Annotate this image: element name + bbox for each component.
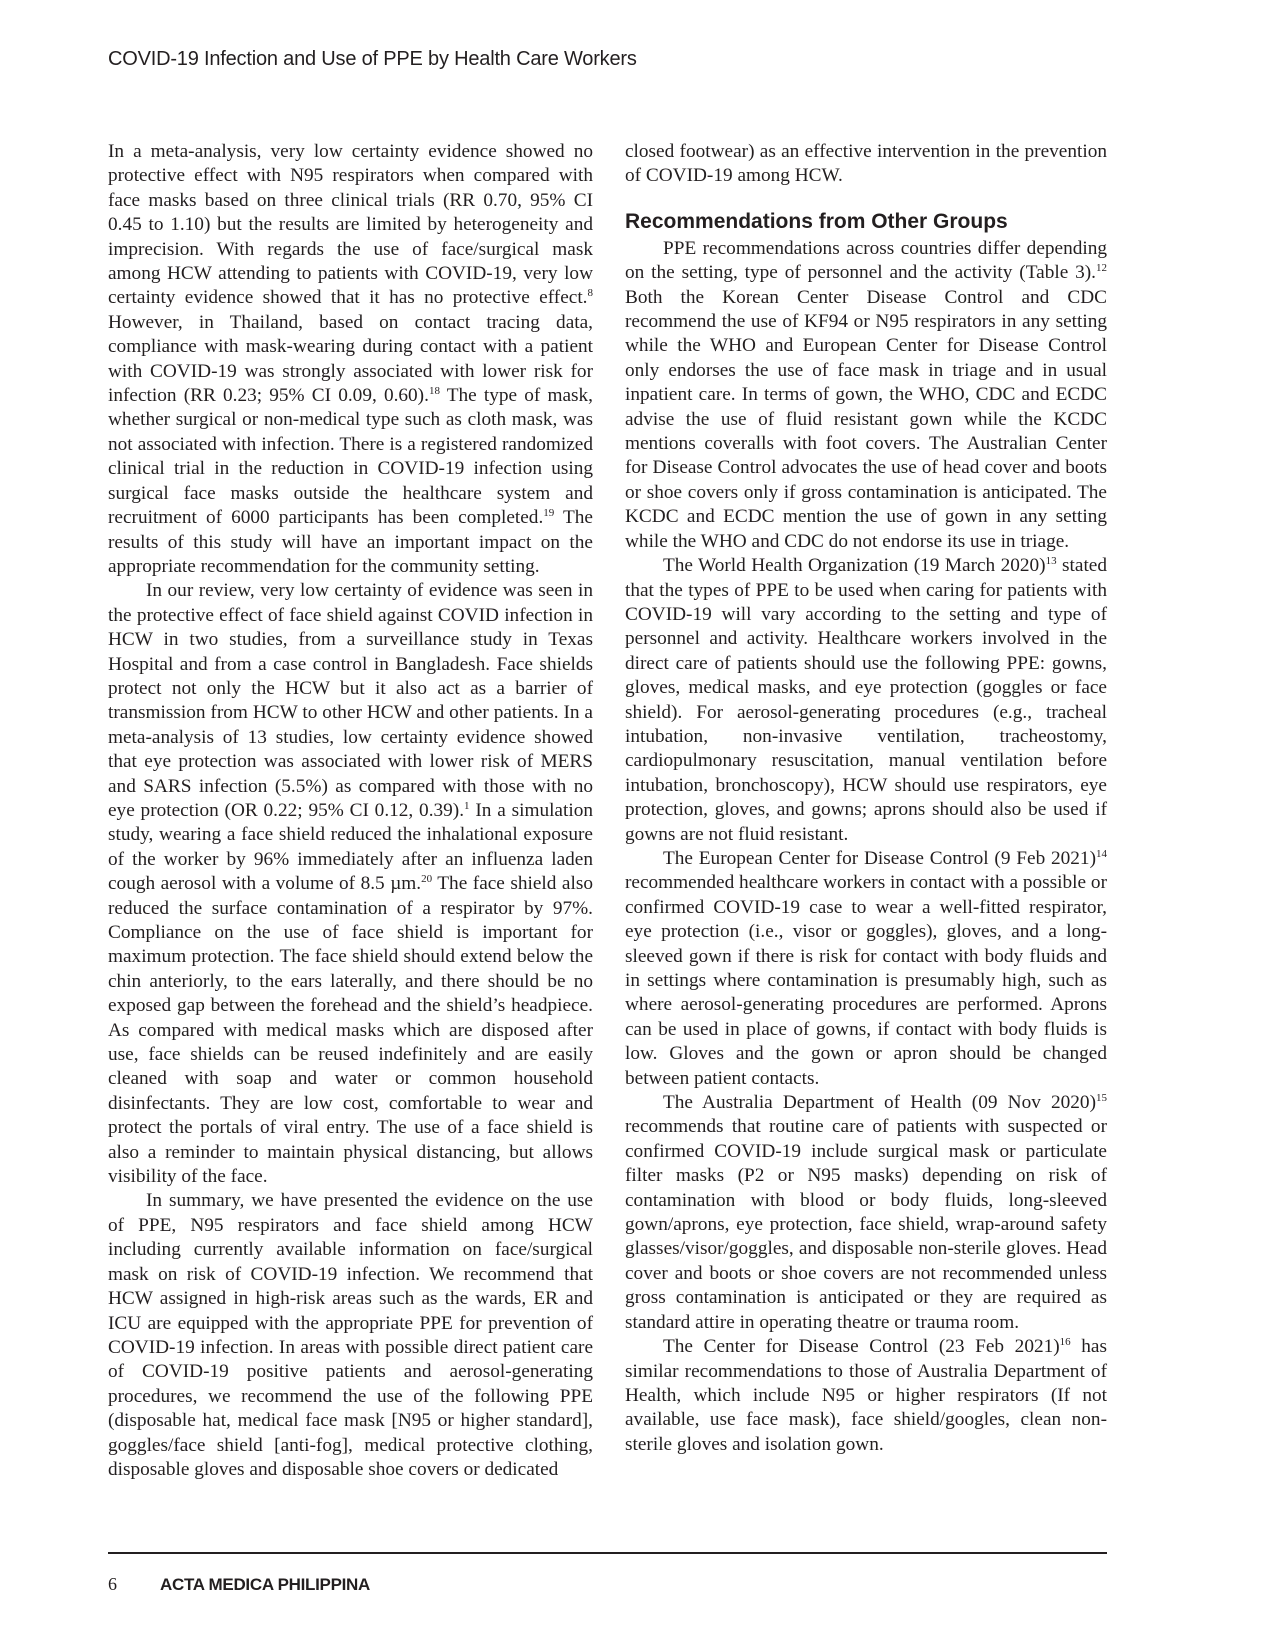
section-heading: Recommendations from Other Groups bbox=[625, 209, 1107, 235]
paragraph-text: The European Center for Disease Control … bbox=[663, 848, 1096, 869]
body-paragraph: In summary, we have presented the eviden… bbox=[108, 1189, 593, 1482]
paragraph-text: stated that the types of PPE to be used … bbox=[625, 555, 1107, 844]
paragraph-text: The face shield also reduced the surface… bbox=[108, 873, 593, 1187]
paragraph-text: In summary, we have presented the eviden… bbox=[108, 1190, 593, 1479]
citation-superscript: 15 bbox=[1096, 1092, 1107, 1104]
paragraph-text: recommends that routine care of patients… bbox=[625, 1116, 1107, 1332]
footer-divider bbox=[108, 1552, 1107, 1554]
citation-superscript: 8 bbox=[588, 287, 594, 299]
paragraph-text: In a meta-analysis, very low certainty e… bbox=[108, 141, 593, 308]
paragraph-text: PPE recommendations across countries dif… bbox=[625, 238, 1107, 283]
body-paragraph: The Center for Disease Control (23 Feb 2… bbox=[625, 1335, 1107, 1457]
page-footer: 6 ACTA MEDICA PHILIPPINA bbox=[108, 1574, 370, 1595]
running-title: COVID-19 Infection and Use of PPE by Hea… bbox=[108, 48, 637, 71]
citation-superscript: 14 bbox=[1096, 848, 1107, 860]
paragraph-text: recommended healthcare workers in contac… bbox=[625, 872, 1107, 1088]
citation-superscript: 20 bbox=[421, 873, 432, 885]
body-paragraph: The World Health Organization (19 March … bbox=[625, 554, 1107, 847]
citation-superscript: 12 bbox=[1096, 262, 1107, 274]
citation-superscript: 16 bbox=[1060, 1336, 1071, 1348]
citation-superscript: 18 bbox=[429, 385, 440, 397]
left-column: In a meta-analysis, very low certainty e… bbox=[108, 140, 593, 1482]
right-column: closed footwear) as an effective interve… bbox=[625, 140, 1107, 1457]
body-paragraph: PPE recommendations across countries dif… bbox=[625, 237, 1107, 554]
body-paragraph: In our review, very low certainty of evi… bbox=[108, 579, 593, 1189]
paragraph-text: Both the Korean Center Disease Control a… bbox=[625, 287, 1107, 552]
body-paragraph: In a meta-analysis, very low certainty e… bbox=[108, 140, 593, 579]
paragraph-text: The type of mask, whether surgical or no… bbox=[108, 385, 593, 528]
journal-name: ACTA MEDICA PHILIPPINA bbox=[160, 1575, 370, 1595]
continuation-paragraph: closed footwear) as an effective interve… bbox=[625, 140, 1107, 189]
citation-superscript: 13 bbox=[1046, 555, 1057, 567]
paragraph-text: The Australia Department of Health (09 N… bbox=[663, 1092, 1096, 1113]
body-paragraph: The Australia Department of Health (09 N… bbox=[625, 1091, 1107, 1335]
paragraph-text: In our review, very low certainty of evi… bbox=[108, 580, 593, 821]
paragraph-text: The World Health Organization (19 March … bbox=[663, 555, 1046, 576]
paragraph-text: The Center for Disease Control (23 Feb 2… bbox=[663, 1336, 1060, 1357]
citation-superscript: 19 bbox=[543, 507, 554, 519]
body-paragraph: The European Center for Disease Control … bbox=[625, 847, 1107, 1091]
page-number: 6 bbox=[108, 1574, 160, 1595]
